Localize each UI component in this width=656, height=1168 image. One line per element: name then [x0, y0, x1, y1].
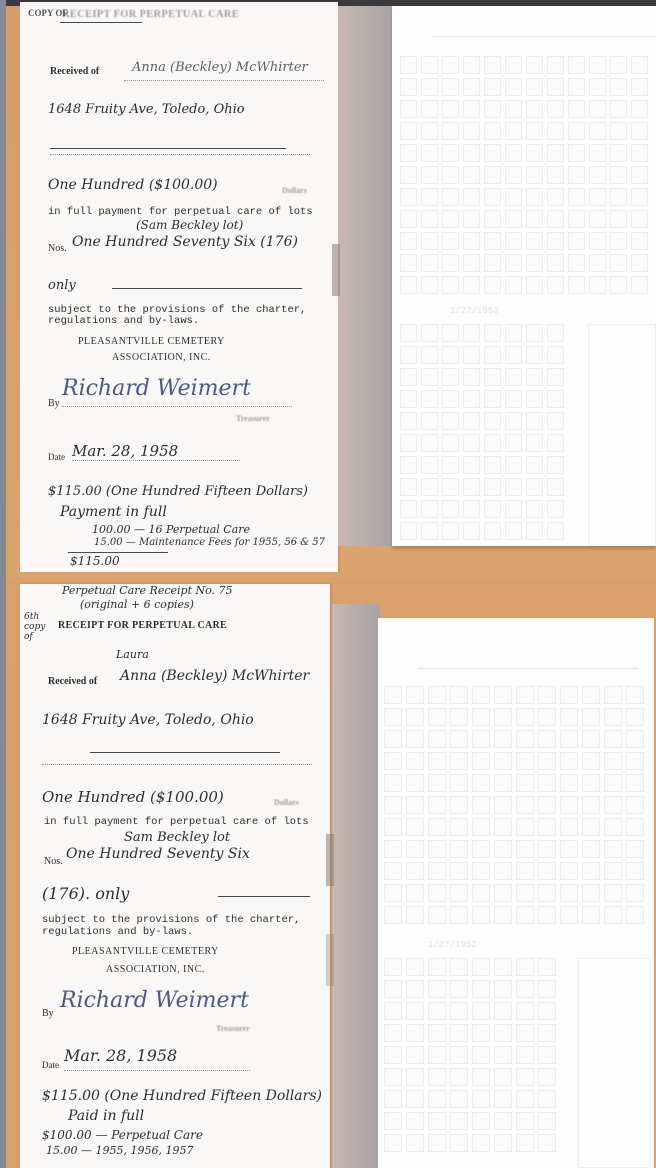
ledger-cell: [450, 1046, 468, 1064]
ledger-cell: [560, 906, 578, 924]
ledger-cell: [463, 522, 480, 540]
ledger-cell: [484, 166, 501, 184]
ledger-cell: [494, 1046, 512, 1064]
ledger-cell: [538, 1112, 556, 1130]
ledger-cell: [604, 774, 622, 792]
ledger-cell: [450, 840, 468, 858]
ledger-cell: [568, 232, 585, 250]
ledger-cell: [582, 730, 600, 748]
ledger-cell: [626, 708, 644, 726]
ledger-cell: [516, 980, 534, 998]
ledger-cell: [505, 100, 522, 118]
ledger-page-top: 1/27/1953: [392, 6, 656, 546]
ledger-cell: [516, 1090, 534, 1108]
ledger-cell: [610, 254, 627, 272]
ledger-cell: [442, 478, 459, 496]
ledger-cell: [442, 232, 459, 250]
ledger-cell: [421, 500, 438, 518]
ledger-cell: [538, 906, 556, 924]
ledger-cell: [406, 1068, 424, 1086]
ledger-cell: [547, 232, 564, 250]
ledger-cell: [484, 368, 501, 386]
org-line1: PLEASANTVILLE CEMETERY: [72, 946, 219, 957]
ledger-cell: [472, 1024, 490, 1042]
ledger-cell: [384, 818, 402, 836]
ledger-cell: [589, 144, 606, 162]
ledger-cell: [526, 276, 543, 294]
ledger-cell: [428, 840, 446, 858]
ledger-cell: [626, 730, 644, 748]
ledger-cell: [463, 122, 480, 140]
receipt-copy: COPY OF RECEIPT FOR PERPETUAL CARE Recei…: [20, 2, 338, 572]
ledger-cell: [450, 1024, 468, 1042]
ledger-cell: [604, 840, 622, 858]
treasurer-label: Treasurer: [216, 1024, 250, 1033]
ledger-cell: [505, 254, 522, 272]
ledger-cell: [516, 1112, 534, 1130]
ledger-cell: [484, 100, 501, 118]
amount-words: One Hundred ($100.00): [42, 788, 224, 806]
ledger-cell: [428, 818, 446, 836]
by-label: By: [48, 398, 60, 409]
ledger-cell: [442, 166, 459, 184]
ledger-cell: [589, 254, 606, 272]
received-of-value: Anna (Beckley) McWhirter: [120, 668, 309, 684]
ledger-cell: [400, 324, 417, 342]
ledger-cell: [421, 122, 438, 140]
ledger-cell: [631, 188, 648, 206]
ledger-cell: [384, 1112, 402, 1130]
ledger-cell: [384, 958, 402, 976]
ledger-cell: [505, 166, 522, 184]
ledger-cell: [472, 752, 490, 770]
ledger-cell: [589, 56, 606, 74]
ledger-cell: [505, 500, 522, 518]
ledger-cell: [538, 1002, 556, 1020]
ledger-cell: [568, 100, 585, 118]
ledger-cell: [526, 346, 543, 364]
ledger-cell: [582, 774, 600, 792]
ledger-cell: [604, 752, 622, 770]
ledger-cell: [472, 980, 490, 998]
ledger-cell: [547, 276, 564, 294]
ledger-cell: [505, 390, 522, 408]
ledger-cell: [428, 796, 446, 814]
ledger-cell: [428, 1002, 446, 1020]
ledger-cell: [472, 1134, 490, 1152]
ledger-cell: [526, 78, 543, 96]
ledger-cell: [631, 100, 648, 118]
ledger-cell: [604, 686, 622, 704]
ledger-cell: [560, 840, 578, 858]
ledger-cell: [472, 884, 490, 902]
copy-note: 6th copy of: [24, 612, 48, 642]
ledger-cell: [560, 796, 578, 814]
ledger-cell: [484, 232, 501, 250]
date-label: Date: [42, 1060, 59, 1070]
ledger-cell: [428, 1134, 446, 1152]
ledger-cell: [484, 412, 501, 430]
ledger-cell: [400, 56, 417, 74]
ledger-cell: [428, 1090, 446, 1108]
nos-value: One Hundred Seventy Six: [66, 846, 250, 862]
ledger-cell: [450, 1112, 468, 1130]
binding-spine: [332, 604, 380, 1168]
ledger-cell: [547, 434, 564, 452]
ledger-cell: [589, 166, 606, 184]
ledger-cell: [384, 730, 402, 748]
ledger-cell: [589, 232, 606, 250]
ledger-cell: [406, 862, 424, 880]
ledger-cell: [547, 166, 564, 184]
ledger-cell: [472, 796, 490, 814]
ledger-cell: [484, 78, 501, 96]
ledger-cell: [463, 254, 480, 272]
ledger-cell: [568, 78, 585, 96]
ledger-cell: [589, 188, 606, 206]
provisions-line2: regulations and by-laws.: [48, 315, 199, 327]
ledger-cell: [631, 78, 648, 96]
ledger-cell: [450, 862, 468, 880]
ledger-cell: [547, 56, 564, 74]
ledger-cell: [384, 796, 402, 814]
ledger-cell: [589, 78, 606, 96]
ledger-cell: [526, 368, 543, 386]
ledger-cell: [547, 346, 564, 364]
breakdown-line: $100.00 — Perpetual Care: [42, 1128, 203, 1142]
provisions-line2: regulations and by-laws.: [42, 926, 193, 938]
ledger-cell: [400, 500, 417, 518]
ledger-cell: [505, 78, 522, 96]
nos-value: One Hundred Seventy Six (176): [72, 234, 298, 250]
ledger-cell: [450, 958, 468, 976]
ledger-cell: [516, 752, 534, 770]
ledger-cell: [505, 210, 522, 228]
ledger-cell: [610, 144, 627, 162]
ledger-cell: [428, 1112, 446, 1130]
ledger-cell: [516, 1002, 534, 1020]
paid-note: Payment in full: [60, 504, 167, 520]
ledger-cell: [406, 752, 424, 770]
ledger-cell: [421, 478, 438, 496]
ledger-cell: [472, 1068, 490, 1086]
ledger-cell: [582, 818, 600, 836]
ledger-cell: [406, 884, 424, 902]
ledger-cell: [582, 906, 600, 924]
ledger-cell: [442, 210, 459, 228]
ledger-cell: [384, 840, 402, 858]
treasurer-label: Treasurer: [236, 414, 270, 423]
ledger-cell: [626, 752, 644, 770]
ledger-cell: [400, 144, 417, 162]
ledger-cell: [631, 122, 648, 140]
ledger-cell: [384, 884, 402, 902]
ledger-cell: [442, 324, 459, 342]
ledger-cell: [505, 434, 522, 452]
ledger-cell: [494, 730, 512, 748]
ledger-cell: [538, 980, 556, 998]
ledger-label: 1/27/1953: [450, 306, 499, 316]
receipt-title: RECEIPT FOR PERPETUAL CARE: [58, 620, 227, 631]
ledger-cell: [631, 276, 648, 294]
ledger-cell: [406, 818, 424, 836]
ledger-cell: [631, 254, 648, 272]
ledger-cell: [472, 1090, 490, 1108]
ledger-cell: [406, 1112, 424, 1130]
ledger-cell: [384, 906, 402, 924]
ledger-cell: [463, 346, 480, 364]
ledger-cell: [516, 840, 534, 858]
ledger-cell: [421, 166, 438, 184]
ledger-cell: [494, 1068, 512, 1086]
ledger-cell: [505, 456, 522, 474]
ledger-cell: [450, 774, 468, 792]
ledger-cell: [526, 100, 543, 118]
ledger-cell: [494, 774, 512, 792]
ledger-cell: [400, 276, 417, 294]
ledger-cell: [472, 862, 490, 880]
ledger-cell: [463, 56, 480, 74]
ledger-cell: [463, 368, 480, 386]
ledger-cell: [463, 78, 480, 96]
ledger-cell: [442, 390, 459, 408]
ledger-cell: [538, 796, 556, 814]
ledger-label: 1/27/1953: [428, 940, 477, 950]
lot-note: (Sam Beckley lot): [136, 218, 243, 232]
ledger-cell: [626, 796, 644, 814]
provisions-line1: subject to the provisions of the charter…: [42, 914, 300, 926]
ledger-cell: [484, 434, 501, 452]
ledger-cell: [568, 144, 585, 162]
ledger-cell: [450, 796, 468, 814]
lot-note: Sam Beckley lot: [124, 830, 230, 845]
ledger-cell: [505, 324, 522, 342]
ledger-cell: [421, 456, 438, 474]
ledger-cell: [589, 210, 606, 228]
ledger-cell: [450, 730, 468, 748]
ledger-cell: [450, 708, 468, 726]
ledger-cell: [538, 686, 556, 704]
ledger-cell: [610, 78, 627, 96]
ledger-cell: [631, 144, 648, 162]
ledger-cell: [442, 412, 459, 430]
ledger-cell: [582, 840, 600, 858]
ledger-cell: [560, 862, 578, 880]
ledger-cell: [472, 774, 490, 792]
ledger-cell: [494, 906, 512, 924]
ledger-cell: [604, 906, 622, 924]
ledger-cell: [484, 390, 501, 408]
ledger-cell: [610, 56, 627, 74]
ledger-cell: [428, 1046, 446, 1064]
ledger-cell: [494, 818, 512, 836]
ledger-cell: [560, 818, 578, 836]
ledger-cell: [472, 958, 490, 976]
ledger-cell: [384, 980, 402, 998]
ledger-cell: [421, 346, 438, 364]
org-line2: ASSOCIATION, INC.: [112, 352, 211, 363]
sum: $115.00: [70, 554, 120, 568]
ledger-cell: [428, 686, 446, 704]
ledger-cell: [484, 522, 501, 540]
ledger-cell: [610, 276, 627, 294]
ledger-cell: [463, 478, 480, 496]
ledger-cell: [526, 500, 543, 518]
ledger-cell: [484, 56, 501, 74]
receipt-title: RECEIPT FOR PERPETUAL CARE: [62, 9, 239, 20]
ledger-cell: [450, 1090, 468, 1108]
ledger-cell: [538, 1090, 556, 1108]
nos-label: Nos.: [44, 856, 63, 867]
date-value: Mar. 28, 1958: [72, 442, 178, 460]
ledger-cell: [400, 166, 417, 184]
ledger-cell: [538, 818, 556, 836]
ledger-cell: [626, 862, 644, 880]
dollars-label: Dollars: [274, 798, 299, 807]
ledger-cell: [526, 522, 543, 540]
ledger-cell: [604, 818, 622, 836]
org-line1: PLEASANTVILLE CEMETERY: [78, 336, 225, 347]
ledger-cell: [384, 1046, 402, 1064]
ledger-cell: [400, 100, 417, 118]
ledger-cell: [442, 144, 459, 162]
ledger-cell: [400, 456, 417, 474]
ledger-cell: [428, 708, 446, 726]
ledger-cell: [505, 412, 522, 430]
ledger-cell: [384, 1002, 402, 1020]
ledger-cell: [406, 1046, 424, 1064]
ledger-cell: [421, 522, 438, 540]
ledger-cell: [400, 478, 417, 496]
ledger-cell: [406, 906, 424, 924]
ledger-cell: [384, 752, 402, 770]
ledger-cell: [604, 708, 622, 726]
ledger-cell: [626, 884, 644, 902]
total-line: $115.00 (One Hundred Fifteen Dollars): [42, 1088, 322, 1104]
ledger-cell: [631, 232, 648, 250]
ledger-cell: [505, 276, 522, 294]
ledger-cell: [421, 78, 438, 96]
binding-spine: [338, 6, 394, 546]
ledger-cell: [631, 56, 648, 74]
ledger-cell: [421, 276, 438, 294]
ledger-cell: [494, 686, 512, 704]
ledger-cell: [582, 686, 600, 704]
ledger-cell: [472, 840, 490, 858]
ledger-cell: [547, 188, 564, 206]
date-value: Mar. 28, 1958: [64, 1046, 177, 1065]
nos-label: Nos.: [48, 243, 67, 254]
org-line2: ASSOCIATION, INC.: [106, 964, 205, 975]
ledger-cell: [406, 1002, 424, 1020]
ledger-cell: [526, 412, 543, 430]
ledger-cell: [384, 774, 402, 792]
ledger-cell: [428, 884, 446, 902]
ledger-cell: [421, 368, 438, 386]
by-label: By: [42, 1008, 54, 1019]
scan-bottom: Perpetual Care Receipt No. 75 (original …: [0, 578, 656, 1168]
ledger-cell: [568, 254, 585, 272]
ledger-cell: [406, 1090, 424, 1108]
ledger-cell: [442, 276, 459, 294]
ledger-cell: [526, 122, 543, 140]
ledger-cell: [421, 100, 438, 118]
ledger-cell: [428, 1068, 446, 1086]
ledger-cell: [450, 686, 468, 704]
ledger-cell: [538, 840, 556, 858]
ledger-cell: [568, 188, 585, 206]
ledger-cell: [547, 144, 564, 162]
ledger-cell: [494, 1134, 512, 1152]
ledger-cell: [547, 390, 564, 408]
ledger-cell: [494, 752, 512, 770]
ledger-cell: [400, 188, 417, 206]
ledger-cell: [538, 1024, 556, 1042]
ledger-cell: [505, 188, 522, 206]
header-note: Perpetual Care Receipt No. 75: [62, 584, 233, 597]
header-note-2: (original + 6 copies): [80, 598, 194, 611]
ledger-cell: [400, 346, 417, 364]
ledger-cell: [442, 522, 459, 540]
ledger-cell: [463, 188, 480, 206]
signature: Richard Weimert: [60, 988, 249, 1013]
ledger-cell: [516, 958, 534, 976]
ledger-cell: [547, 368, 564, 386]
ledger-cell: [472, 1002, 490, 1020]
ledger-cell: [450, 1134, 468, 1152]
ledger-cell: [604, 796, 622, 814]
ledger-cell: [626, 840, 644, 858]
ledger-cell: [494, 708, 512, 726]
ledger-cell: [463, 210, 480, 228]
ledger-cell: [463, 166, 480, 184]
breakdown-line: 15.00 — Maintenance Fees for 1955, 56 & …: [94, 537, 325, 548]
ledger-cell: [400, 78, 417, 96]
ledger-cell: [516, 730, 534, 748]
ledger-cell: [526, 434, 543, 452]
ledger-cell: [526, 210, 543, 228]
ledger-cell: [472, 818, 490, 836]
ledger-cell: [568, 56, 585, 74]
ledger-cell: [547, 78, 564, 96]
ledger-cell: [400, 368, 417, 386]
ledger-cell: [472, 906, 490, 924]
ledger-cell: [463, 232, 480, 250]
ledger-cell: [516, 884, 534, 902]
ledger-cell: [400, 434, 417, 452]
ledger-cell: [463, 456, 480, 474]
ledger-cell: [560, 774, 578, 792]
ledger-cell: [484, 276, 501, 294]
total-line: $115.00 (One Hundred Fifteen Dollars): [48, 484, 308, 499]
ledger-cell: [428, 958, 446, 976]
ledger-cell: [428, 730, 446, 748]
ledger-cell: [568, 210, 585, 228]
ledger-cell: [526, 188, 543, 206]
ledger-cell: [442, 56, 459, 74]
ledger-cell: [494, 1002, 512, 1020]
ledger-cell: [526, 56, 543, 74]
ledger-cell: [384, 1134, 402, 1152]
ledger-cell: [442, 122, 459, 140]
ledger-cell: [516, 818, 534, 836]
ledger-cell: [626, 906, 644, 924]
amount-words: One Hundred ($100.00): [48, 177, 218, 193]
ledger-cell: [463, 276, 480, 294]
ledger-cell: [400, 412, 417, 430]
ledger-cell: [610, 166, 627, 184]
ledger-cell: [400, 210, 417, 228]
